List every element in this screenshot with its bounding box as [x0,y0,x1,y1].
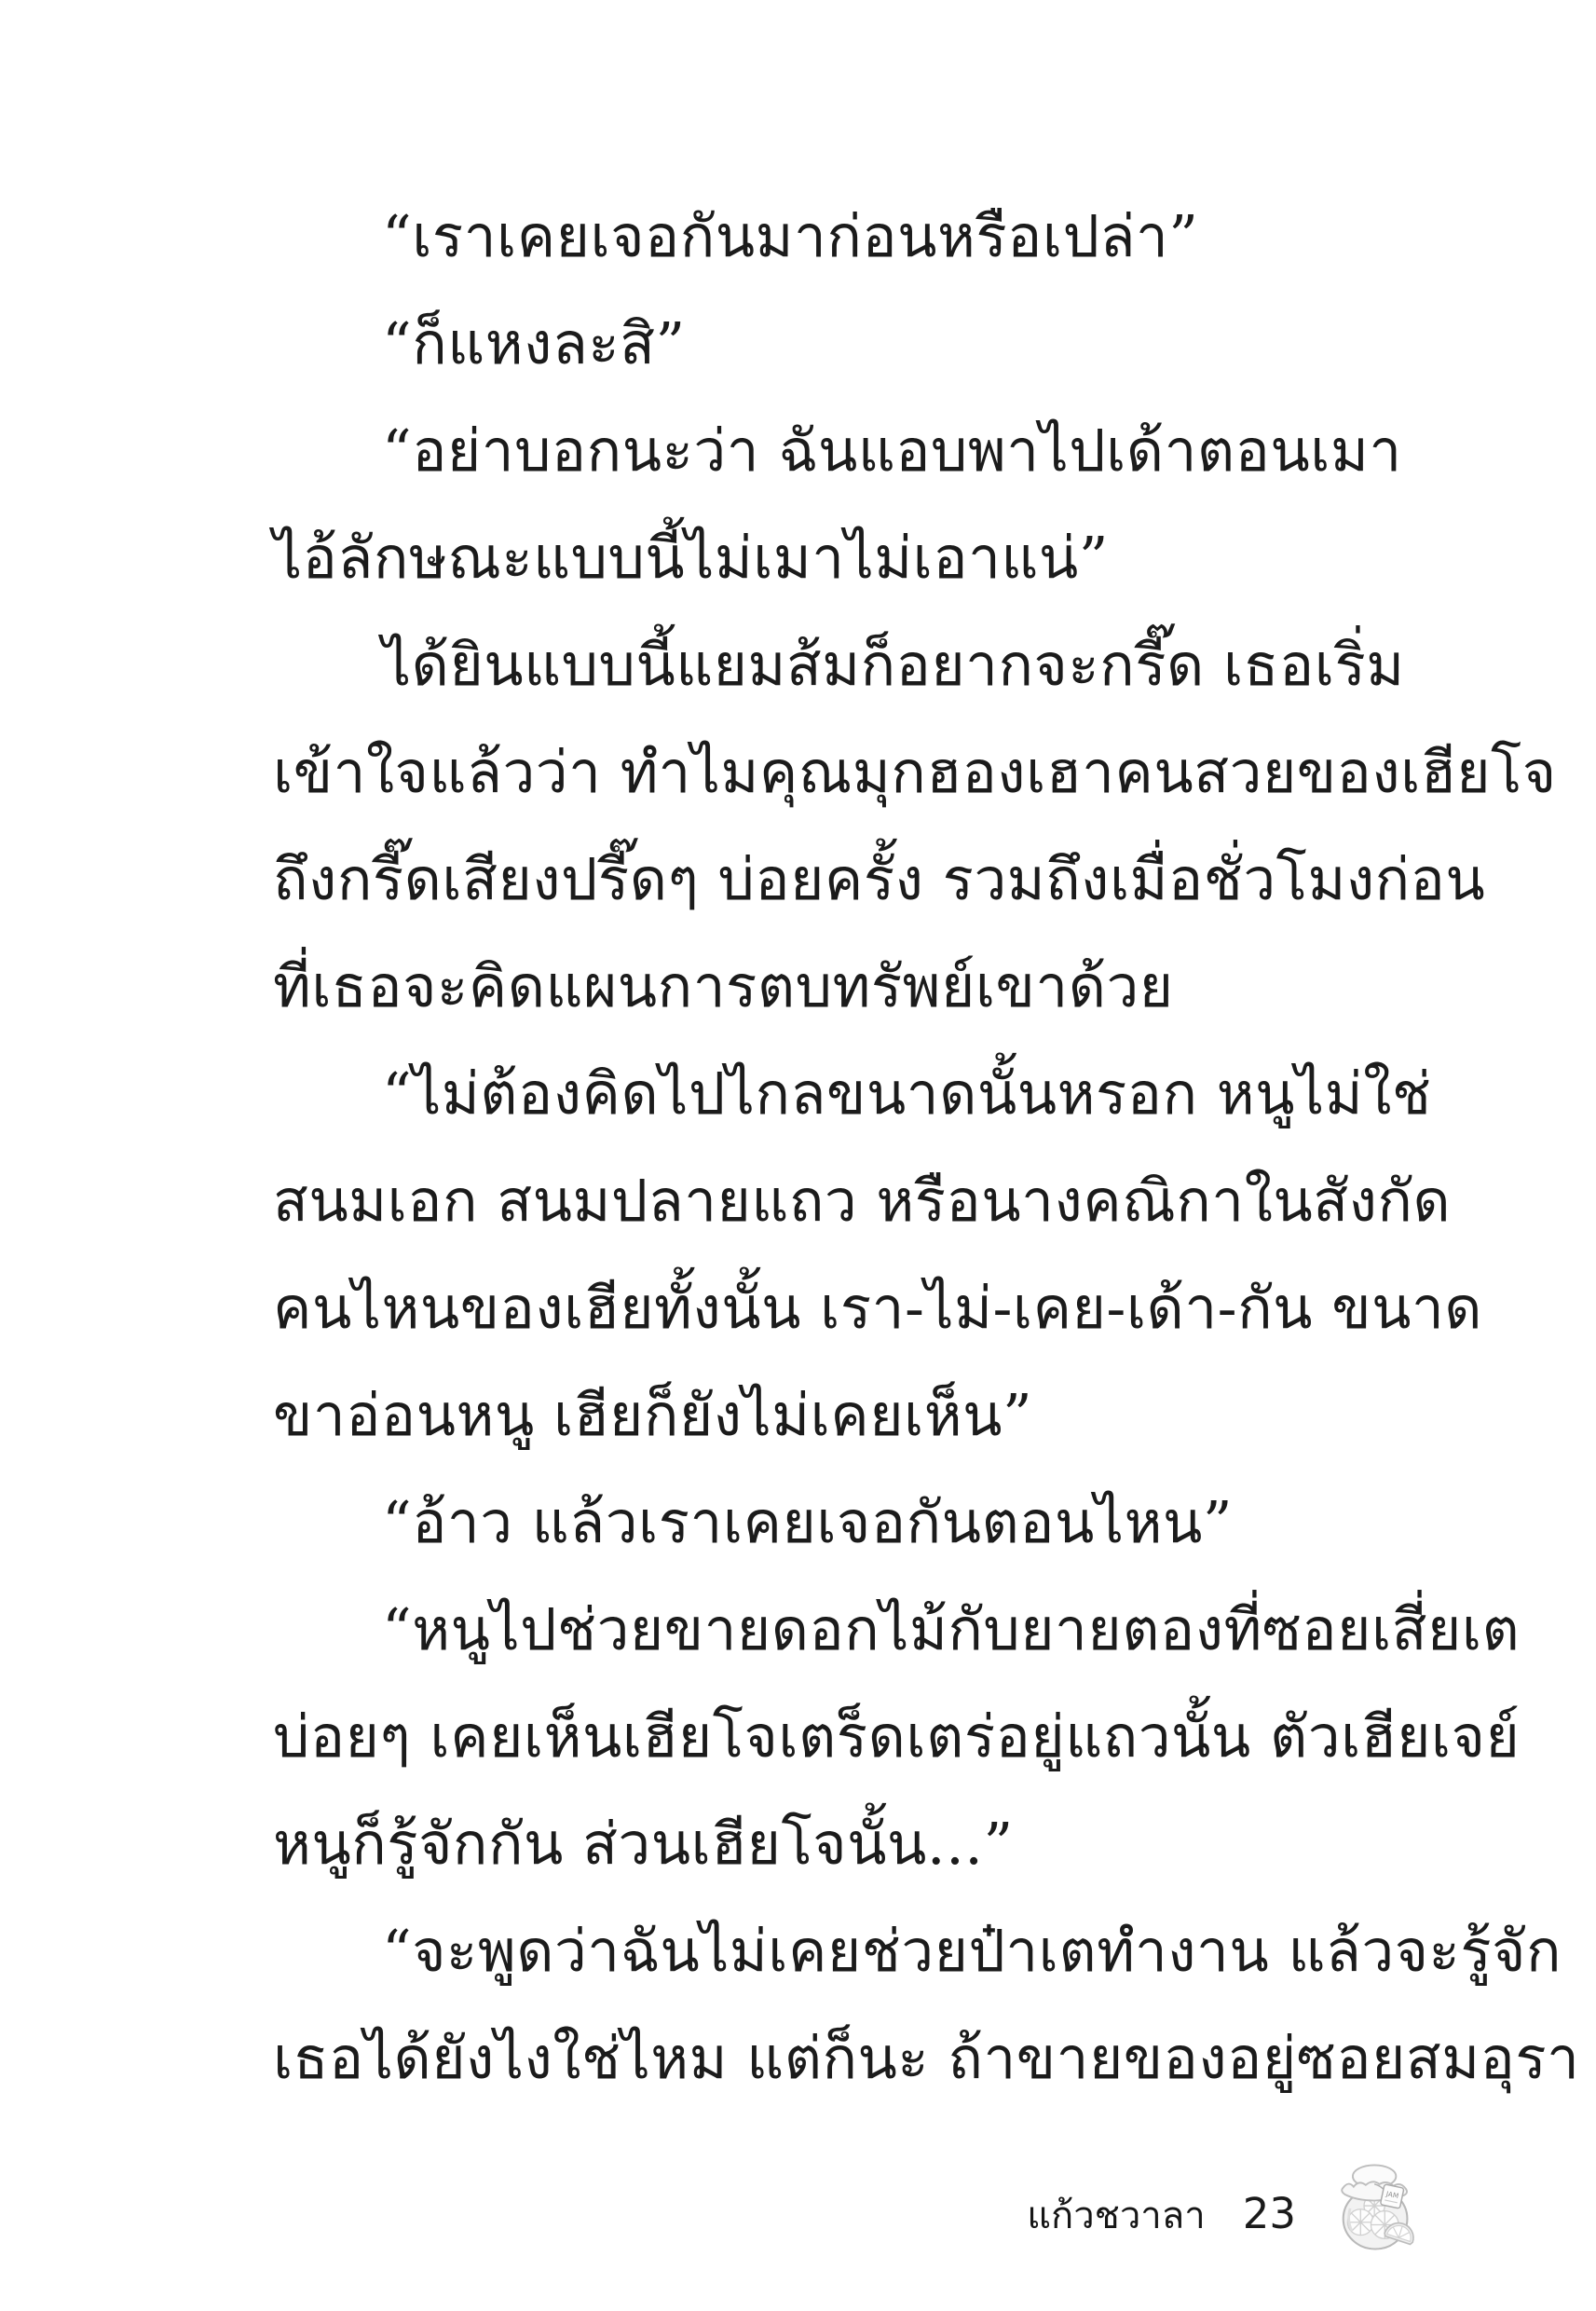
book-page: “เราเคยเจอกันมาก่อนหรือเปล่า”“ก็แหงละสิ”… [0,0,1596,2311]
text-line: ไอ้ลักษณะแบบนี้ไม่เมาไม่เอาแน่” [273,504,1417,611]
footer-text: แก้วชวาลา 23 [1027,2185,1296,2245]
text-line: หนูก็รู้จักกัน ส่วนเฮียโจนั้น...” [273,1790,1417,1897]
body-text: “เราเคยเจอกันมาก่อนหรือเปล่า”“ก็แหงละสิ”… [273,183,1417,2112]
text-line: สนมเอก สนมปลายแถว หรือนางคณิกาในสังกัด [273,1147,1417,1254]
page-footer: แก้วชวาลา 23 [1027,2160,1425,2257]
text-line: ขาอ่อนหนู เฮียก็ยังไม่เคยเห็น” [273,1361,1417,1469]
text-line: “เราเคยเจอกันมาก่อนหรือเปล่า” [273,183,1417,290]
text-line: ถึงกรี๊ดเสียงปรี๊ดๆ บ่อยครั้ง รวมถึงเมื่… [273,826,1417,933]
jam-tag: JAM [1380,2184,1404,2208]
text-line: คนไหนของเฮียทั้งนั้น เรา-ไม่-เคย-เด้า-กั… [273,1254,1417,1361]
jam-jar-logo: JAM [1328,2158,1425,2259]
text-line: เข้าใจแล้วว่า ทำไมคุณมุกฮองเฮาคนสวยของเฮ… [273,718,1417,826]
text-line: ที่เธอจะคิดแผนการตบทรัพย์เขาด้วย [273,933,1417,1040]
text-line: “จะพูดว่าฉันไม่เคยช่วยป๋าเตทำงาน แล้วจะร… [273,1897,1417,2004]
text-line: ได้ยินแบบนี้แยมส้มก็อยากจะกรี๊ด เธอเริ่ม [273,611,1417,718]
text-line: “หนูไปช่วยขายดอกไม้กับยายตองที่ซอยเสี่ยเ… [273,1576,1417,1683]
text-line: “อ้าว แล้วเราเคยเจอกันตอนไหน” [273,1469,1417,1576]
text-line: “อย่าบอกนะว่า ฉันแอบพาไปเด้าตอนเมา [273,397,1417,504]
text-line: บ่อยๆ เคยเห็นเฮียโจเตร็ดเตร่อยู่แถวนั้น … [273,1683,1417,1790]
text-line: เธอได้ยังไงใช่ไหม แต่ก็นะ ถ้าขายของอยู่ซ… [273,2004,1417,2112]
jam-jar-icon: JAM [1328,2158,1425,2255]
page-number: 23 [1243,2189,1296,2238]
book-title: แก้วชวาลา [1027,2185,1206,2245]
text-line: “ก็แหงละสิ” [273,290,1417,397]
text-line: “ไม่ต้องคิดไปไกลขนาดนั้นหรอก หนูไม่ใช่ [273,1040,1417,1147]
